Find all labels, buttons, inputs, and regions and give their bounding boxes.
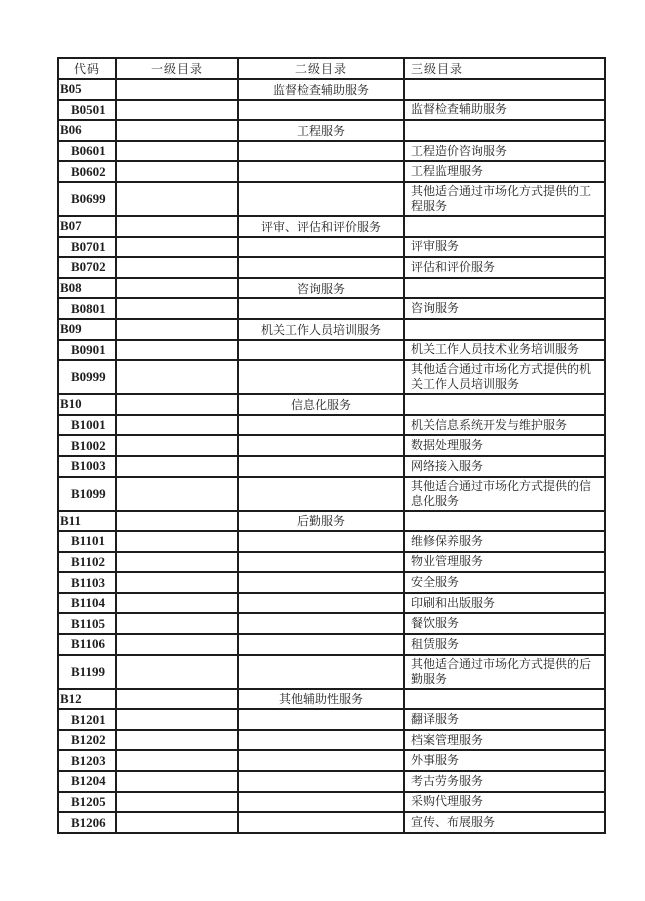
level3-cell	[404, 278, 605, 299]
code-cell: B1203	[58, 750, 116, 771]
level3-cell: 评估和评价服务	[404, 257, 605, 278]
code-cell: B0602	[58, 161, 116, 182]
code-cell: B11	[58, 511, 116, 532]
code-cell: B1002	[58, 435, 116, 456]
table-row: B1206 宣传、布展服务	[58, 812, 605, 833]
header-level3: 三级目录	[404, 58, 605, 79]
level3-cell: 租赁服务	[404, 634, 605, 655]
code-cell: B0901	[58, 340, 116, 361]
code-cell: B0501	[58, 100, 116, 121]
level2-cell	[238, 771, 404, 792]
level3-cell: 印刷和出版服务	[404, 593, 605, 614]
level2-cell	[238, 340, 404, 361]
level2-cell	[238, 812, 404, 833]
table-row: B07 评审、评估和评价服务	[58, 216, 605, 237]
code-cell: B1101	[58, 531, 116, 552]
table-row: B0701 评审服务	[58, 237, 605, 258]
level2-cell	[238, 182, 404, 216]
level2-cell	[238, 792, 404, 813]
code-cell: B1003	[58, 456, 116, 477]
code-cell: B1103	[58, 572, 116, 593]
level2-cell	[238, 709, 404, 730]
level1-cell	[116, 79, 238, 100]
level3-cell: 物业管理服务	[404, 552, 605, 573]
level3-cell: 评审服务	[404, 237, 605, 258]
table-row: B1099 其他适合通过市场化方式提供的信息化服务	[58, 477, 605, 511]
level3-cell: 数据处理服务	[404, 435, 605, 456]
code-cell: B1204	[58, 771, 116, 792]
level3-cell: 工程监理服务	[404, 161, 605, 182]
level1-cell	[116, 278, 238, 299]
level2-cell	[238, 613, 404, 634]
level3-cell: 其他适合通过市场化方式提供的后勤服务	[404, 655, 605, 689]
level1-cell	[116, 511, 238, 532]
level2-cell	[238, 655, 404, 689]
table-row: B0702 评估和评价服务	[58, 257, 605, 278]
level2-cell: 其他辅助性服务	[238, 689, 404, 710]
code-cell: B1202	[58, 730, 116, 751]
level1-cell	[116, 812, 238, 833]
level1-cell	[116, 477, 238, 511]
table-row: B1002 数据处理服务	[58, 435, 605, 456]
level3-cell: 外事服务	[404, 750, 605, 771]
code-cell: B0801	[58, 298, 116, 319]
level2-cell: 评审、评估和评价服务	[238, 216, 404, 237]
table-row: B08 咨询服务	[58, 278, 605, 299]
level1-cell	[116, 593, 238, 614]
table-row: B1105 餐饮服务	[58, 613, 605, 634]
header-level1: 一级目录	[116, 58, 238, 79]
level2-cell: 信息化服务	[238, 394, 404, 415]
level1-cell	[116, 141, 238, 162]
level3-cell	[404, 511, 605, 532]
level3-cell: 监督检查辅助服务	[404, 100, 605, 121]
code-cell: B06	[58, 120, 116, 141]
level1-cell	[116, 634, 238, 655]
code-cell: B05	[58, 79, 116, 100]
code-cell: B12	[58, 689, 116, 710]
level2-cell	[238, 298, 404, 319]
code-cell: B1201	[58, 709, 116, 730]
level3-cell	[404, 216, 605, 237]
table-row: B1205 采购代理服务	[58, 792, 605, 813]
level1-cell	[116, 552, 238, 573]
table-row: B06 工程服务	[58, 120, 605, 141]
code-cell: B1001	[58, 415, 116, 436]
level3-cell: 其他适合通过市场化方式提供的工程服务	[404, 182, 605, 216]
level3-cell: 工程造价咨询服务	[404, 141, 605, 162]
level3-cell: 档案管理服务	[404, 730, 605, 751]
level2-cell: 机关工作人员培训服务	[238, 319, 404, 340]
level1-cell	[116, 750, 238, 771]
level1-cell	[116, 182, 238, 216]
level2-cell	[238, 634, 404, 655]
table-row: B1201 翻译服务	[58, 709, 605, 730]
level2-cell	[238, 730, 404, 751]
level3-cell: 机关信息系统开发与维护服务	[404, 415, 605, 436]
level3-cell	[404, 79, 605, 100]
level1-cell	[116, 120, 238, 141]
level3-cell: 其他适合通过市场化方式提供的信息化服务	[404, 477, 605, 511]
code-cell: B1199	[58, 655, 116, 689]
level1-cell	[116, 435, 238, 456]
level3-cell: 网络接入服务	[404, 456, 605, 477]
level2-cell	[238, 477, 404, 511]
level1-cell	[116, 792, 238, 813]
table-row: B1106 租赁服务	[58, 634, 605, 655]
table-row: B0901 机关工作人员技术业务培训服务	[58, 340, 605, 361]
table-row: B11 后勤服务	[58, 511, 605, 532]
level1-cell	[116, 100, 238, 121]
code-cell: B1206	[58, 812, 116, 833]
level2-cell	[238, 456, 404, 477]
service-catalog-table: 代码 一级目录 二级目录 三级目录 B05 监督检查辅助服务 B0501 监督检…	[57, 57, 606, 834]
level1-cell	[116, 709, 238, 730]
level3-cell: 咨询服务	[404, 298, 605, 319]
level3-cell	[404, 689, 605, 710]
code-cell: B1102	[58, 552, 116, 573]
level2-cell	[238, 257, 404, 278]
table-row: B1101 维修保养服务	[58, 531, 605, 552]
level2-cell	[238, 360, 404, 394]
table-row: B1102 物业管理服务	[58, 552, 605, 573]
level3-cell	[404, 394, 605, 415]
level2-cell	[238, 572, 404, 593]
level3-cell: 维修保养服务	[404, 531, 605, 552]
level1-cell	[116, 394, 238, 415]
table-row: B0801 咨询服务	[58, 298, 605, 319]
level2-cell	[238, 100, 404, 121]
table-row: B0601 工程造价咨询服务	[58, 141, 605, 162]
level1-cell	[116, 456, 238, 477]
level1-cell	[116, 340, 238, 361]
table-row: B1204 考古劳务服务	[58, 771, 605, 792]
code-cell: B09	[58, 319, 116, 340]
table-row: B09 机关工作人员培训服务	[58, 319, 605, 340]
table-row: B05 监督检查辅助服务	[58, 79, 605, 100]
level2-cell: 监督检查辅助服务	[238, 79, 404, 100]
level2-cell	[238, 161, 404, 182]
table-row: B0699 其他适合通过市场化方式提供的工程服务	[58, 182, 605, 216]
level1-cell	[116, 572, 238, 593]
level3-cell: 考古劳务服务	[404, 771, 605, 792]
code-cell: B08	[58, 278, 116, 299]
table-row: B1203 外事服务	[58, 750, 605, 771]
level3-cell: 翻译服务	[404, 709, 605, 730]
level3-cell: 机关工作人员技术业务培训服务	[404, 340, 605, 361]
table-row: B12 其他辅助性服务	[58, 689, 605, 710]
code-cell: B1105	[58, 613, 116, 634]
level3-cell: 宣传、布展服务	[404, 812, 605, 833]
code-cell: B0601	[58, 141, 116, 162]
level1-cell	[116, 655, 238, 689]
table-row: B1003 网络接入服务	[58, 456, 605, 477]
level1-cell	[116, 613, 238, 634]
table-row: B0501 监督检查辅助服务	[58, 100, 605, 121]
level3-cell	[404, 319, 605, 340]
table-row: B1199 其他适合通过市场化方式提供的后勤服务	[58, 655, 605, 689]
code-cell: B1104	[58, 593, 116, 614]
level2-cell	[238, 552, 404, 573]
level1-cell	[116, 689, 238, 710]
level3-cell: 其他适合通过市场化方式提供的机关工作人员培训服务	[404, 360, 605, 394]
level2-cell	[238, 141, 404, 162]
level1-cell	[116, 771, 238, 792]
table-row: B1104 印刷和出版服务	[58, 593, 605, 614]
code-cell: B0999	[58, 360, 116, 394]
table-row: B0999 其他适合通过市场化方式提供的机关工作人员培训服务	[58, 360, 605, 394]
level2-cell	[238, 593, 404, 614]
header-code: 代码	[58, 58, 116, 79]
level2-cell	[238, 531, 404, 552]
level2-cell: 工程服务	[238, 120, 404, 141]
level3-cell: 采购代理服务	[404, 792, 605, 813]
level1-cell	[116, 360, 238, 394]
level3-cell: 安全服务	[404, 572, 605, 593]
level2-cell	[238, 415, 404, 436]
level1-cell	[116, 237, 238, 258]
level2-cell: 后勤服务	[238, 511, 404, 532]
level3-cell	[404, 120, 605, 141]
level2-cell: 咨询服务	[238, 278, 404, 299]
level1-cell	[116, 531, 238, 552]
level1-cell	[116, 161, 238, 182]
level1-cell	[116, 415, 238, 436]
level3-cell: 餐饮服务	[404, 613, 605, 634]
table-row: B1103 安全服务	[58, 572, 605, 593]
table-row: B10 信息化服务	[58, 394, 605, 415]
header-row: 代码 一级目录 二级目录 三级目录	[58, 58, 605, 79]
level2-cell	[238, 750, 404, 771]
level2-cell	[238, 237, 404, 258]
table-row: B0602 工程监理服务	[58, 161, 605, 182]
code-cell: B10	[58, 394, 116, 415]
level1-cell	[116, 216, 238, 237]
table-row: B1202 档案管理服务	[58, 730, 605, 751]
level2-cell	[238, 435, 404, 456]
level1-cell	[116, 730, 238, 751]
document-page: { "colors": { "background": "#ffffff", "…	[0, 0, 645, 901]
table-row: B1001 机关信息系统开发与维护服务	[58, 415, 605, 436]
code-cell: B1099	[58, 477, 116, 511]
code-cell: B0701	[58, 237, 116, 258]
catalog-sheet: 代码 一级目录 二级目录 三级目录 B05 监督检查辅助服务 B0501 监督检…	[57, 57, 606, 834]
code-cell: B0702	[58, 257, 116, 278]
level1-cell	[116, 319, 238, 340]
level1-cell	[116, 298, 238, 319]
header-level2: 二级目录	[238, 58, 404, 79]
level1-cell	[116, 257, 238, 278]
code-cell: B0699	[58, 182, 116, 216]
code-cell: B1205	[58, 792, 116, 813]
code-cell: B07	[58, 216, 116, 237]
code-cell: B1106	[58, 634, 116, 655]
